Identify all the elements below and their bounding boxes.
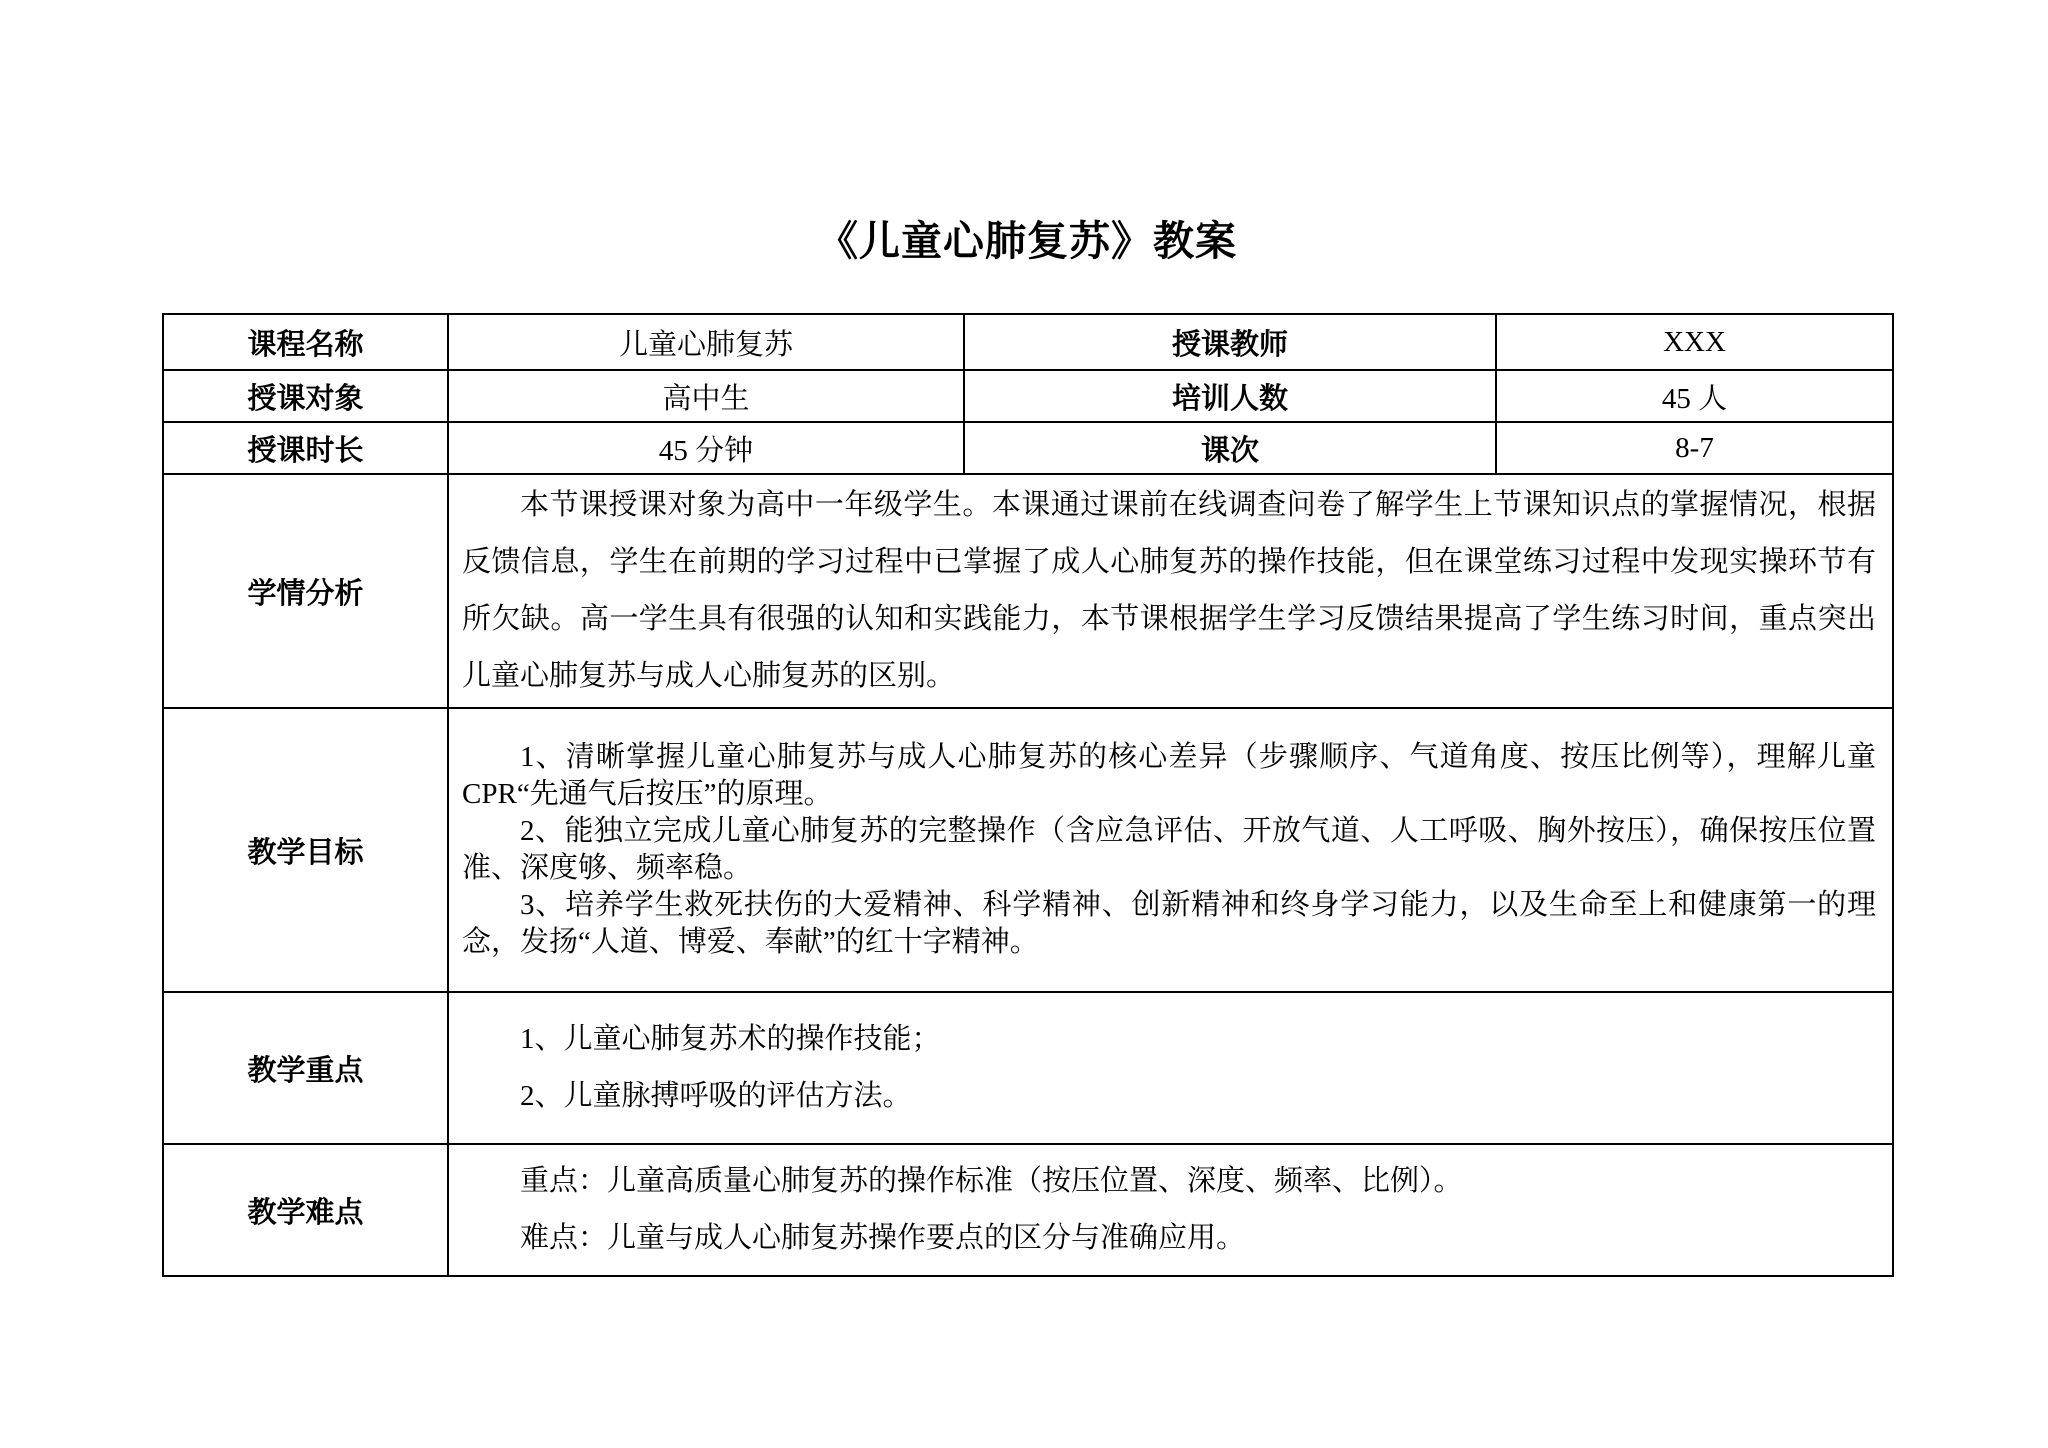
course-name-label: 课程名称: [163, 314, 448, 370]
session-number-value: 8-7: [1496, 422, 1893, 474]
student-analysis-paragraph: 本节课授课对象为高中一年级学生。本课通过课前在线调查问卷了解学生上节课知识点的掌…: [462, 477, 1876, 705]
document-page: 《儿童心肺复苏》教案 课程名称 儿童心肺复苏 授课教师 XXX 授课对象 高中生…: [0, 0, 2048, 1448]
teaching-goal-item-3: 3、培养学生救死扶伤的大爱精神、科学精神、创新精神和终身学习能力，以及生命至上和…: [462, 887, 1876, 961]
teaching-difficulty-item-2: 难点：儿童与成人心肺复苏操作要点的区分与准确应用。: [462, 1210, 1876, 1267]
duration-value: 45 分钟: [448, 422, 964, 474]
teaching-goals-label: 教学目标: [163, 708, 448, 992]
duration-label: 授课时长: [163, 422, 448, 474]
lesson-plan-table: 课程名称 儿童心肺复苏 授课教师 XXX 授课对象 高中生 培训人数 45 人 …: [162, 313, 1894, 1277]
teaching-focus-content: 1、儿童心肺复苏术的操作技能； 2、儿童脉搏呼吸的评估方法。: [448, 992, 1893, 1144]
teaching-goal-item-2: 2、能独立完成儿童心肺复苏的完整操作（含应急评估、开放气道、人工呼吸、胸外按压）…: [462, 813, 1876, 887]
teaching-goals-content: 1、清晰掌握儿童心肺复苏与成人心肺复苏的核心差异（步骤顺序、气道角度、按压比例等…: [448, 708, 1893, 992]
table-row-teaching-difficulty: 教学难点 重点：儿童高质量心肺复苏的操作标准（按压位置、深度、频率、比例）。 难…: [163, 1144, 1893, 1276]
table-row-teaching-goals: 教学目标 1、清晰掌握儿童心肺复苏与成人心肺复苏的核心差异（步骤顺序、气道角度、…: [163, 708, 1893, 992]
audience-label: 授课对象: [163, 370, 448, 422]
teaching-focus-item-2: 2、儿童脉搏呼吸的评估方法。: [462, 1068, 1876, 1125]
teaching-difficulty-item-1: 重点：儿童高质量心肺复苏的操作标准（按压位置、深度、频率、比例）。: [462, 1153, 1876, 1210]
trainee-count-label: 培训人数: [964, 370, 1496, 422]
student-analysis-label: 学情分析: [163, 474, 448, 708]
teacher-value: XXX: [1496, 314, 1893, 370]
table-row-course: 课程名称 儿童心肺复苏 授课教师 XXX: [163, 314, 1893, 370]
page-title: 《儿童心肺复苏》教案: [162, 206, 1892, 276]
teaching-focus-label: 教学重点: [163, 992, 448, 1144]
student-analysis-content: 本节课授课对象为高中一年级学生。本课通过课前在线调查问卷了解学生上节课知识点的掌…: [448, 474, 1893, 708]
table-row-audience: 授课对象 高中生 培训人数 45 人: [163, 370, 1893, 422]
teaching-focus-item-1: 1、儿童心肺复苏术的操作技能；: [462, 1011, 1876, 1068]
trainee-count-value: 45 人: [1496, 370, 1893, 422]
teaching-difficulty-content: 重点：儿童高质量心肺复苏的操作标准（按压位置、深度、频率、比例）。 难点：儿童与…: [448, 1144, 1893, 1276]
audience-value: 高中生: [448, 370, 964, 422]
session-number-label: 课次: [964, 422, 1496, 474]
table-row-student-analysis: 学情分析 本节课授课对象为高中一年级学生。本课通过课前在线调查问卷了解学生上节课…: [163, 474, 1893, 708]
teacher-label: 授课教师: [964, 314, 1496, 370]
teaching-goal-item-1: 1、清晰掌握儿童心肺复苏与成人心肺复苏的核心差异（步骤顺序、气道角度、按压比例等…: [462, 739, 1876, 813]
table-row-teaching-focus: 教学重点 1、儿童心肺复苏术的操作技能； 2、儿童脉搏呼吸的评估方法。: [163, 992, 1893, 1144]
teaching-difficulty-label: 教学难点: [163, 1144, 448, 1276]
table-row-duration: 授课时长 45 分钟 课次 8-7: [163, 422, 1893, 474]
course-name-value: 儿童心肺复苏: [448, 314, 964, 370]
